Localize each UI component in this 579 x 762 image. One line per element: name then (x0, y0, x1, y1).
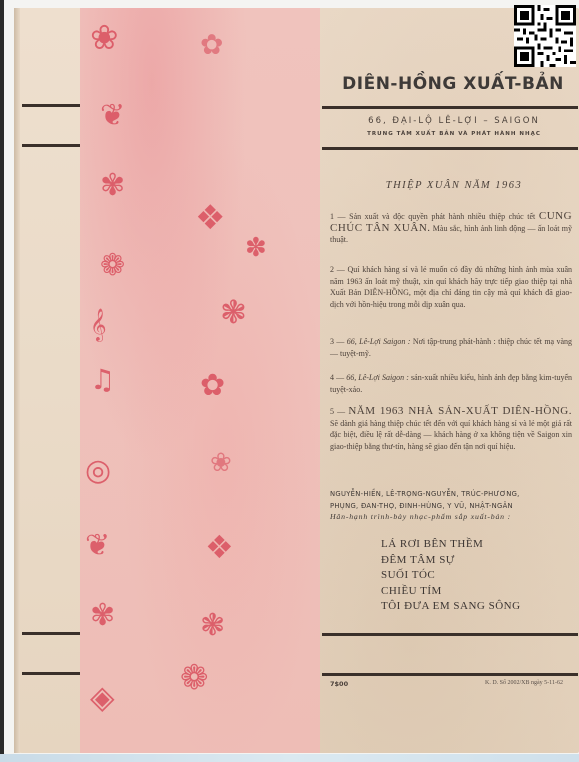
temple-vignette-icon: ❖ (195, 198, 225, 238)
scan-edge (0, 0, 4, 762)
flower-branch-icon: ✿ (200, 28, 223, 61)
left-rule-top-2 (22, 144, 80, 147)
announcement-item-4: 4 — 66, Lê-Lợi Saigon : sản-xuất nhiều k… (330, 372, 572, 395)
flower-branch-icon: ✾ (100, 168, 125, 203)
item-number: 2 — (330, 265, 345, 274)
flower-branch-icon: ✾ (90, 598, 115, 633)
paper-spine (14, 8, 20, 753)
item-address: 66, Lê-Lợi Saigon : (347, 337, 411, 346)
flower-branch-icon: ❀ (90, 18, 119, 58)
flower-branch-icon: ❦ (100, 98, 125, 133)
song-title: LÁ RƠI BÊN THỀM (381, 537, 521, 553)
left-rule-top-1 (22, 104, 80, 107)
upcoming-works-caption: Hân-hạnh trình-bày nhạc-phẩm sắp xuất-bả… (330, 512, 578, 521)
item-text: Sẽ dành giá hàng thiệp chúc tết đến với … (330, 419, 572, 451)
decorative-pink-strip: ❀ ✿ ❦ ✾ ❖ ✽ ❁ ❃ 𝄞 ♫ ✿ ◎ ❀ ❦ ❖ ✾ ❃ ◈ ❁ (80, 8, 320, 753)
left-rule-bottom-1 (22, 632, 80, 635)
flower-branch-icon: ❦ (85, 528, 110, 563)
announcement-item-3: 3 — 66, Lê-Lợi Saigon : Nơi tập-trung ph… (330, 336, 572, 359)
flower-branch-icon: ❀ (210, 448, 232, 478)
left-rule-bottom-2 (22, 672, 80, 675)
flower-branch-icon: ✿ (200, 368, 225, 403)
publisher-name: DIÊN-HỒNG XUẤT-BẢN (338, 74, 568, 94)
composer-line: PHỤNG, ĐAN-THỌ, ĐINH-HÙNG, Y VŨ, NHẬT-NG… (330, 500, 578, 512)
song-title: SUỐI TÓC (381, 568, 521, 584)
viewer-bottom-bar (0, 754, 579, 762)
announcement-item-1: 1 — Sản xuất và độc quyền phát hành nhiề… (330, 211, 572, 246)
right-rule-top-1 (322, 106, 578, 109)
fortune-charm-icon: ◎ (85, 453, 111, 488)
publisher-address: 66, ĐẠI-LỘ LÊ-LỢI – SAIGON (330, 116, 578, 126)
temple-vignette-icon: ❖ (205, 528, 234, 566)
guitar-icon: ♫ (90, 363, 115, 396)
song-title: ĐÊM TÂM SỰ (381, 553, 521, 569)
item-number: 1 — (330, 212, 346, 221)
qr-code[interactable] (514, 5, 576, 67)
composer-line: NGUYỄN-HIỀN, LÊ-TRỌNG-NGUYỄN, TRÚC-PHƯƠN… (330, 488, 578, 500)
item-number: 3 — (330, 337, 344, 346)
publication-permit: K. D. Số 2002/XB ngày 5-11-62 (485, 680, 563, 686)
item-number: 5 — (330, 407, 345, 416)
publisher-tagline: TRUNG TÂM XUẤT BẢN VÀ PHÁT HÀNH NHẠC (330, 131, 578, 137)
song-title: TÔI ĐƯA EM SANG SÔNG (381, 599, 521, 615)
composer-list: NGUYỄN-HIỀN, LÊ-TRỌNG-NGUYỄN, TRÚC-PHƯƠN… (330, 488, 578, 512)
treble-clef-icon: 𝄞 (90, 308, 107, 342)
song-title: CHIỀU TÍM (381, 584, 521, 600)
bamboo-icon: ❃ (200, 608, 225, 643)
price-label: 7$00 (330, 680, 348, 688)
item-caps-text: NĂM 1963 NHÀ SẢN-XUẤT DIÊN-HỒNG. (348, 405, 572, 417)
fortune-charm-icon: ◈ (90, 678, 115, 716)
temple-vignette-icon: ❁ (180, 658, 209, 698)
item-text: Quí khách hàng sỉ và lẻ muốn có đầy đủ n… (330, 265, 572, 309)
announcement-item-5: 5 — NĂM 1963 NHÀ SẢN-XUẤT DIÊN-HỒNG. Sẽ … (330, 406, 572, 452)
flower-branch-icon: ✽ (245, 233, 267, 263)
bamboo-icon: ❃ (220, 293, 247, 331)
qr-code-icon (514, 5, 576, 67)
flower-branch-icon: ❁ (100, 248, 125, 283)
right-rule-top-2 (322, 147, 578, 150)
announcement-item-2: 2 — Quí khách hàng sỉ và lẻ muốn có đầy … (330, 264, 572, 310)
right-rule-bottom-1 (322, 633, 578, 636)
item-number: 4 — (330, 373, 344, 382)
announcement-heading: THIỆP XUÂN NĂM 1963 (330, 180, 578, 191)
right-rule-bottom-2 (322, 673, 578, 676)
song-list: LÁ RƠI BÊN THỀM ĐÊM TÂM SỰ SUỐI TÓC CHIỀ… (381, 537, 521, 615)
item-address: 66, Lê-Lợi Saigon : (346, 373, 409, 382)
item-text: Sản xuất và độc quyền phát hành nhiều th… (349, 212, 535, 221)
